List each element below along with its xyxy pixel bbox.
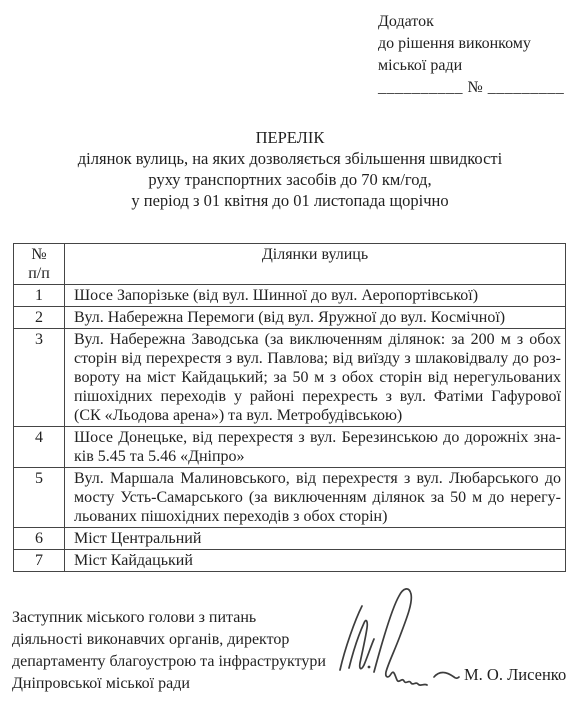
streets-table: №п/п Ділянки вулиць 1 Шосе Запорізьке (в… [13, 243, 566, 572]
table-row: 4 Шосе Донецьке, від перехрестя з вул. Б… [14, 427, 566, 468]
street-cell: Шосе Запорізьке (від вул. Шинної до вул.… [65, 285, 566, 307]
row-number-cell: 1 [14, 285, 65, 307]
header-cell-num: №п/п [14, 244, 65, 285]
row-number-cell: 7 [14, 550, 65, 572]
table-row: 5 Вул. Маршала Малиновського, від перехр… [14, 468, 566, 528]
document-title-block: ПЕРЕЛІК ділянок вулиць, на яких дозволяє… [0, 127, 580, 211]
page-title: ПЕРЕЛІК [0, 127, 580, 148]
page-subtitle: ділянок вулиць, на яких дозволяється збі… [0, 148, 580, 211]
signatory-name: М. О. Лисенко [464, 665, 566, 685]
street-cell: Вул. Набережна Перемоги (від вул. Яружно… [65, 307, 566, 329]
row-number-cell: 2 [14, 307, 65, 329]
corner-number-line: __________ № _________ [378, 77, 564, 99]
street-cell: Міст Кайдацький [65, 550, 566, 572]
street-cell: Шосе Донецьке, від перехрестя з вул. Бер… [65, 427, 566, 468]
signatory-position: Заступник міського голови з питаньдіяльн… [12, 607, 326, 695]
table-row: 3 Вул. Набережна Заводська (за виключенн… [14, 329, 566, 427]
street-cell: Вул. Набережна Заводська (за виключенням… [65, 329, 566, 427]
row-number-cell: 4 [14, 427, 65, 468]
row-number-cell: 5 [14, 468, 65, 528]
table-row: 6 Міст Центральний [14, 528, 566, 550]
corner-note-lines: Додатокдо рішення виконкомуміської ради [378, 11, 564, 77]
row-number-cell: 3 [14, 329, 65, 427]
corner-note: Додатокдо рішення виконкомуміської ради … [378, 11, 564, 99]
handwritten-signature [328, 584, 466, 700]
table-row: 2 Вул. Набережна Перемоги (від вул. Яруж… [14, 307, 566, 329]
table-header-row: №п/п Ділянки вулиць [14, 244, 566, 285]
street-cell: Вул. Маршала Малиновського, від перехрес… [65, 468, 566, 528]
header-cell-streets: Ділянки вулиць [65, 244, 566, 285]
row-number-cell: 6 [14, 528, 65, 550]
street-cell: Міст Центральний [65, 528, 566, 550]
table-row: 1 Шосе Запорізьке (від вул. Шинної до ву… [14, 285, 566, 307]
table-row: 7 Міст Кайдацький [14, 550, 566, 572]
